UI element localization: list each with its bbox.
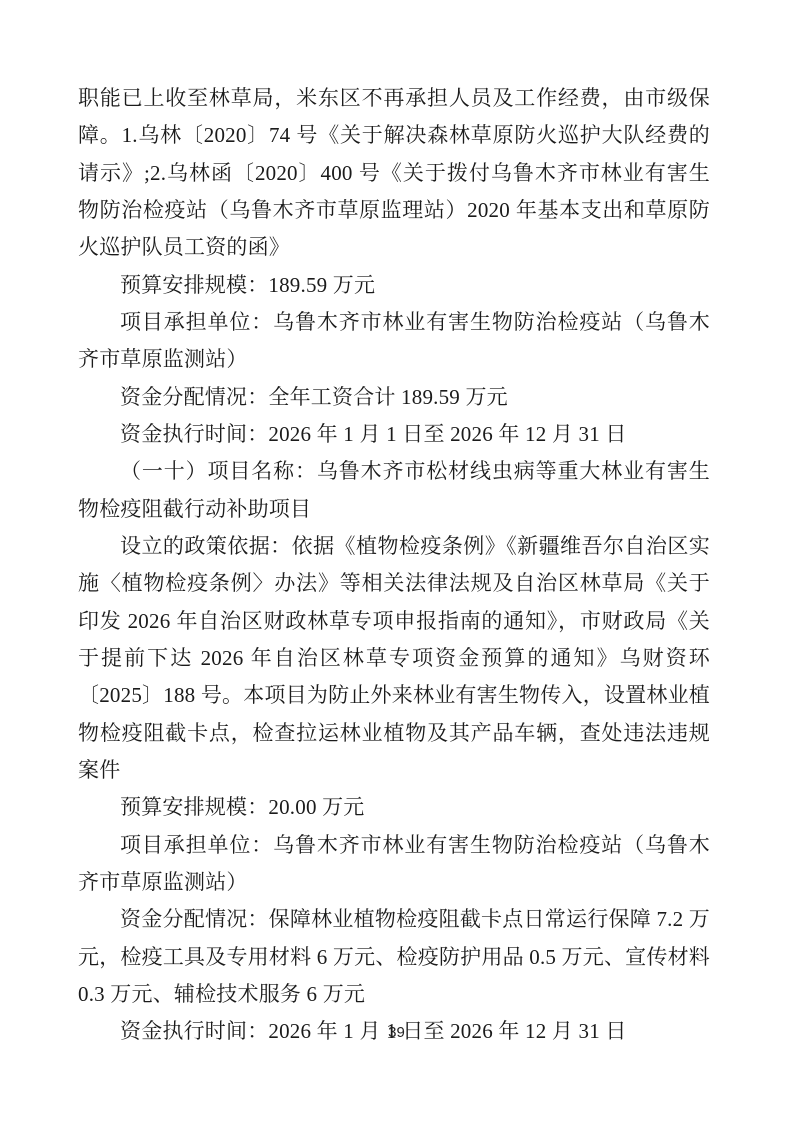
paragraph-6: （一十）项目名称：乌鲁木齐市松材线虫病等重大林业有害生物检疫阻截行动补助项目 bbox=[78, 453, 710, 528]
page-number: 39 bbox=[0, 1024, 793, 1041]
paragraph-9: 项目承担单位：乌鲁木齐市林业有害生物防治检疫站（乌鲁木齐市草原监测站） bbox=[78, 827, 710, 902]
paragraph-10: 资金分配情况：保障林业植物检疫阻截卡点日常运行保障 7.2 万元，检疫工具及专用… bbox=[78, 901, 710, 1013]
paragraph-5: 资金执行时间：2026 年 1 月 1 日至 2026 年 12 月 31 日 bbox=[78, 416, 710, 453]
paragraph-7: 设立的政策依据：依据《植物检疫条例》《新疆维吾尔自治区实施〈植物检疫条例〉办法》… bbox=[78, 528, 710, 789]
paragraph-4: 资金分配情况：全年工资合计 189.59 万元 bbox=[78, 379, 710, 416]
paragraph-8: 预算安排规模：20.00 万元 bbox=[78, 789, 710, 826]
paragraph-2: 预算安排规模：189.59 万元 bbox=[78, 267, 710, 304]
document-body: 职能已上收至林草局，米东区不再承担人员及工作经费，由市级保障。1.乌林〔2020… bbox=[78, 80, 710, 1051]
paragraph-3: 项目承担单位：乌鲁木齐市林业有害生物防治检疫站（乌鲁木齐市草原监测站） bbox=[78, 304, 710, 379]
paragraph-1: 职能已上收至林草局，米东区不再承担人员及工作经费，由市级保障。1.乌林〔2020… bbox=[78, 80, 710, 267]
document-page: 职能已上收至林草局，米东区不再承担人员及工作经费，由市级保障。1.乌林〔2020… bbox=[0, 0, 793, 1122]
